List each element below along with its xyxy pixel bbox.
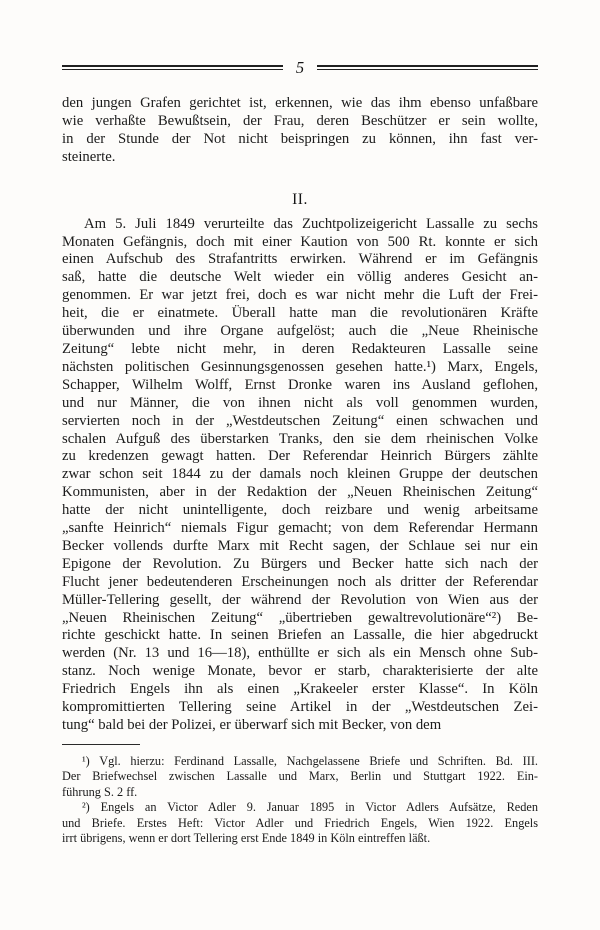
text-line: und nur Männer, die von ihnen nicht als … <box>62 395 538 413</box>
text-line: den jungen Grafen gerichtet ist, erkenne… <box>62 95 538 113</box>
footnote-2: ²) Engels an Victor Adler 9. Januar 1895… <box>62 800 538 846</box>
footnote-separator-rule <box>62 744 140 745</box>
text-line: Flucht jener bedeutenderen Erscheinungen… <box>62 574 538 592</box>
page-header: 5 <box>62 59 538 76</box>
opening-paragraph: den jungen Grafen gerichtet ist, erkenne… <box>62 95 538 167</box>
text-line: Friedrich Engels ihn als einen „Krakeele… <box>62 681 538 699</box>
text-line: genommen. Er war jetzt frei, doch es war… <box>62 287 538 305</box>
text-line: irrt übrigens, wenn er dort Tellering er… <box>62 831 538 846</box>
text-line: Monaten Gefängnis, doch mit einer Kautio… <box>62 234 538 252</box>
text-line: in der Stunde der Not nicht beispringen … <box>62 131 538 149</box>
text-line: Schapper, Wilhelm Wolff, Ernst Dronke wa… <box>62 377 538 395</box>
text-line: stanz. Noch wenige Monate, bevor er star… <box>62 663 538 681</box>
text-line: führung S. 2 ff. <box>62 785 538 800</box>
text-line: Epigone der Revolution. Zu Bürgers und B… <box>62 556 538 574</box>
text-line: heit, die er einatmete. Überall hatte ma… <box>62 305 538 323</box>
footnote-1: ¹) Vgl. hierzu: Ferdinand Lassalle, Nach… <box>62 754 538 800</box>
text-line: Am 5. Juli 1849 verurteilte das Zuchtpol… <box>62 216 538 234</box>
text-line: richte geschickt hatte. In seinen Briefe… <box>62 627 538 645</box>
section-heading: II. <box>62 191 538 209</box>
text-line: servierten noch in der „Westdeutschen Ze… <box>62 413 538 431</box>
text-line: Becker vollends durfte Marx mit Recht sa… <box>62 538 538 556</box>
text-line: hatte der nicht unintelligente, doch rei… <box>62 502 538 520</box>
text-line: Kommunisten, aber in der Redaktion der „… <box>62 484 538 502</box>
text-line: schalen Aufguß des überstarken Tranks, d… <box>62 431 538 449</box>
text-line: überwunden und ihre Organe aufgelöst; au… <box>62 323 538 341</box>
header-rule-right <box>317 65 538 70</box>
text-line: „Neuen Rheinischen Zeitung“ „übertrieben… <box>62 610 538 628</box>
text-line: Der Briefwechsel zwischen Lassalle und M… <box>62 769 538 784</box>
text-line: einen Aufschub des Strafantritts erwirke… <box>62 251 538 269</box>
text-line: werden (Nr. 13 und 16—18), enthüllte er … <box>62 645 538 663</box>
page-number: 5 <box>292 59 308 76</box>
text-line: Zeitung“ lebte nicht mehr, in deren Reda… <box>62 341 538 359</box>
text-line: ¹) Vgl. hierzu: Ferdinand Lassalle, Nach… <box>62 754 538 769</box>
book-page: 5 den jungen Grafen gerichtet ist, erken… <box>0 0 600 930</box>
text-line: steinerte. <box>62 149 538 167</box>
text-line: saß, hatte die deutsche Welt wieder ein … <box>62 269 538 287</box>
body-paragraph: Am 5. Juli 1849 verurteilte das Zuchtpol… <box>62 216 538 735</box>
text-line: nächsten politischen Gesinnungsgenossen … <box>62 359 538 377</box>
header-rule-left <box>62 65 283 70</box>
text-line: kompromittierten Tellering seine Artikel… <box>62 699 538 717</box>
text-line: tung“ bald bei der Polizei, er überwarf … <box>62 717 538 735</box>
text-line: Müller-Tellering gesellt, der während de… <box>62 592 538 610</box>
text-line: wie verhaßte Bewußtsein, der Frau, deren… <box>62 113 538 131</box>
text-line: zwar schon seit 1844 zu der damals noch … <box>62 466 538 484</box>
text-line: „sanfte Heinrich“ niemals Figur gemacht;… <box>62 520 538 538</box>
text-line: ²) Engels an Victor Adler 9. Januar 1895… <box>62 800 538 815</box>
text-line: zu kredenzen gewagt hatten. Der Referend… <box>62 448 538 466</box>
text-line: und Briefe. Erstes Heft: Victor Adler un… <box>62 816 538 831</box>
